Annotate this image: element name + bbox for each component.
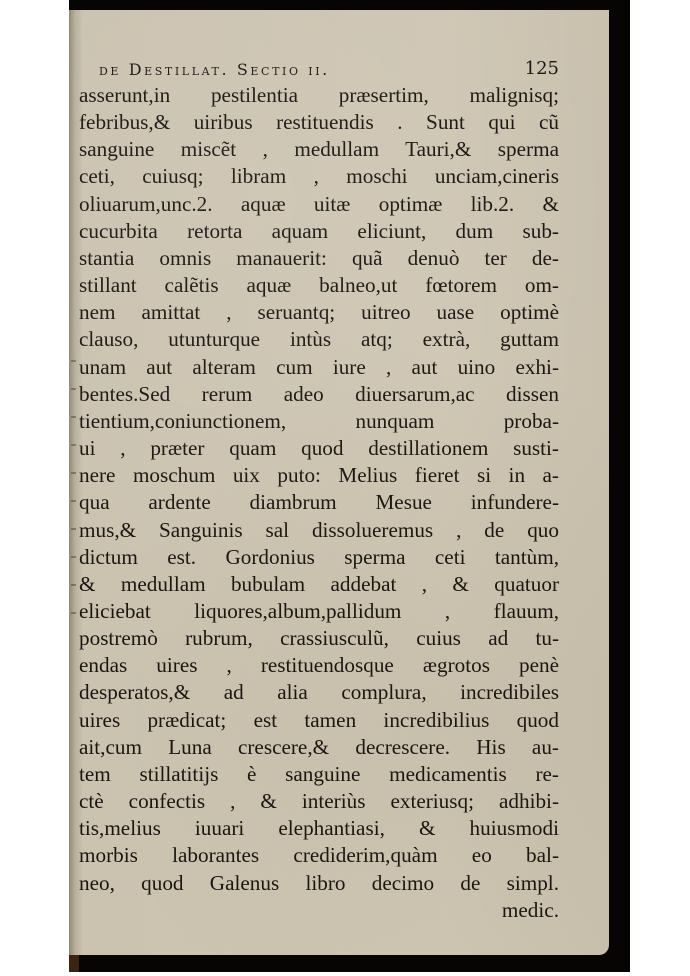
text-line: asserunt,in pestilentia præsertim, malig… — [79, 82, 559, 109]
running-head: de Destillat. Sectio ii. 125 — [99, 56, 559, 82]
text-line: uires prædicat; est tamen incredibilius … — [79, 707, 559, 734]
text-line: neo, quod Galenus libro decimo de simpl. — [79, 870, 559, 897]
text-line: ait,cum Luna crescere,& decrescere. His … — [79, 734, 559, 761]
text-line: mus,& Sanguinis sal dissolueremus , de q… — [79, 517, 559, 544]
text-line: nem amittat , seruantq; uitreo uase opti… — [79, 299, 559, 326]
text-line: ui , præter quam quod destillationem sus… — [79, 435, 559, 462]
text-line: tientium,coniunctionem, nunquam proba- — [79, 408, 559, 435]
text-line: oliuarum,unc.2. aquæ uitæ optimæ lib.2. … — [79, 191, 559, 218]
text-line-final: medic. — [79, 897, 559, 924]
text-line: bentes.Sed rerum adeo diuersarum,ac diss… — [79, 381, 559, 408]
page-number: 125 — [525, 58, 559, 79]
text-line: eliciebat liquores,album,pallidum , flau… — [79, 598, 559, 625]
text-line: qua ardente diambrum Mesue infundere- — [79, 489, 559, 516]
text-line: tem stillatitijs è sanguine medicamentis… — [79, 761, 559, 788]
text-line: dictum est. Gordonius sperma ceti tantùm… — [79, 544, 559, 571]
text-line: unam aut alteram cum iure , aut uino exh… — [79, 354, 559, 381]
text-line: postremò rubrum, crassiusculũ, cuius ad … — [79, 625, 559, 652]
corner-stain — [69, 955, 79, 972]
book-page: de Destillat. Sectio ii. 125 asserunt,in… — [69, 10, 609, 955]
text-line: nere moschum uix puto: Melius fieret si … — [79, 462, 559, 489]
text-line: sanguine miscẽt , medullam Tauri,& sperm… — [79, 136, 559, 163]
text-line: tis,melius iuuari elephantiasi, & huiusm… — [79, 815, 559, 842]
body-text: asserunt,in pestilentia præsertim, malig… — [79, 82, 559, 924]
text-line: ceti, cuiusq; libram , moschi unciam,cin… — [79, 163, 559, 190]
text-line: cucurbita retorta aquam eliciunt, dum su… — [79, 218, 559, 245]
text-line: morbis laborantes crediderim,quàm eo bal… — [79, 842, 559, 869]
text-line: stillant calẽtis aquæ balneo,ut fœtorem … — [79, 272, 559, 299]
running-head-title: de Destillat. Sectio ii. — [99, 60, 330, 79]
text-line: endas uires , restituendosque ægrotos pe… — [79, 652, 559, 679]
text-line: clauso, utunturque intùs atq; extrà, gut… — [79, 326, 559, 353]
text-line: stantia omnis manauerit: quã denuò ter d… — [79, 245, 559, 272]
text-line: ctè confectis , & interiùs exteriusq; ad… — [79, 788, 559, 815]
scanned-page-frame: de Destillat. Sectio ii. 125 asserunt,in… — [69, 0, 630, 972]
text-line: & medullam bubulam addebat , & quatuor — [79, 571, 559, 598]
binding-edge-marks — [71, 360, 79, 660]
text-line: febribus,& uiribus restituendis . Sunt q… — [79, 109, 559, 136]
text-line: desperatos,& ad alia complura, incredibi… — [79, 679, 559, 706]
